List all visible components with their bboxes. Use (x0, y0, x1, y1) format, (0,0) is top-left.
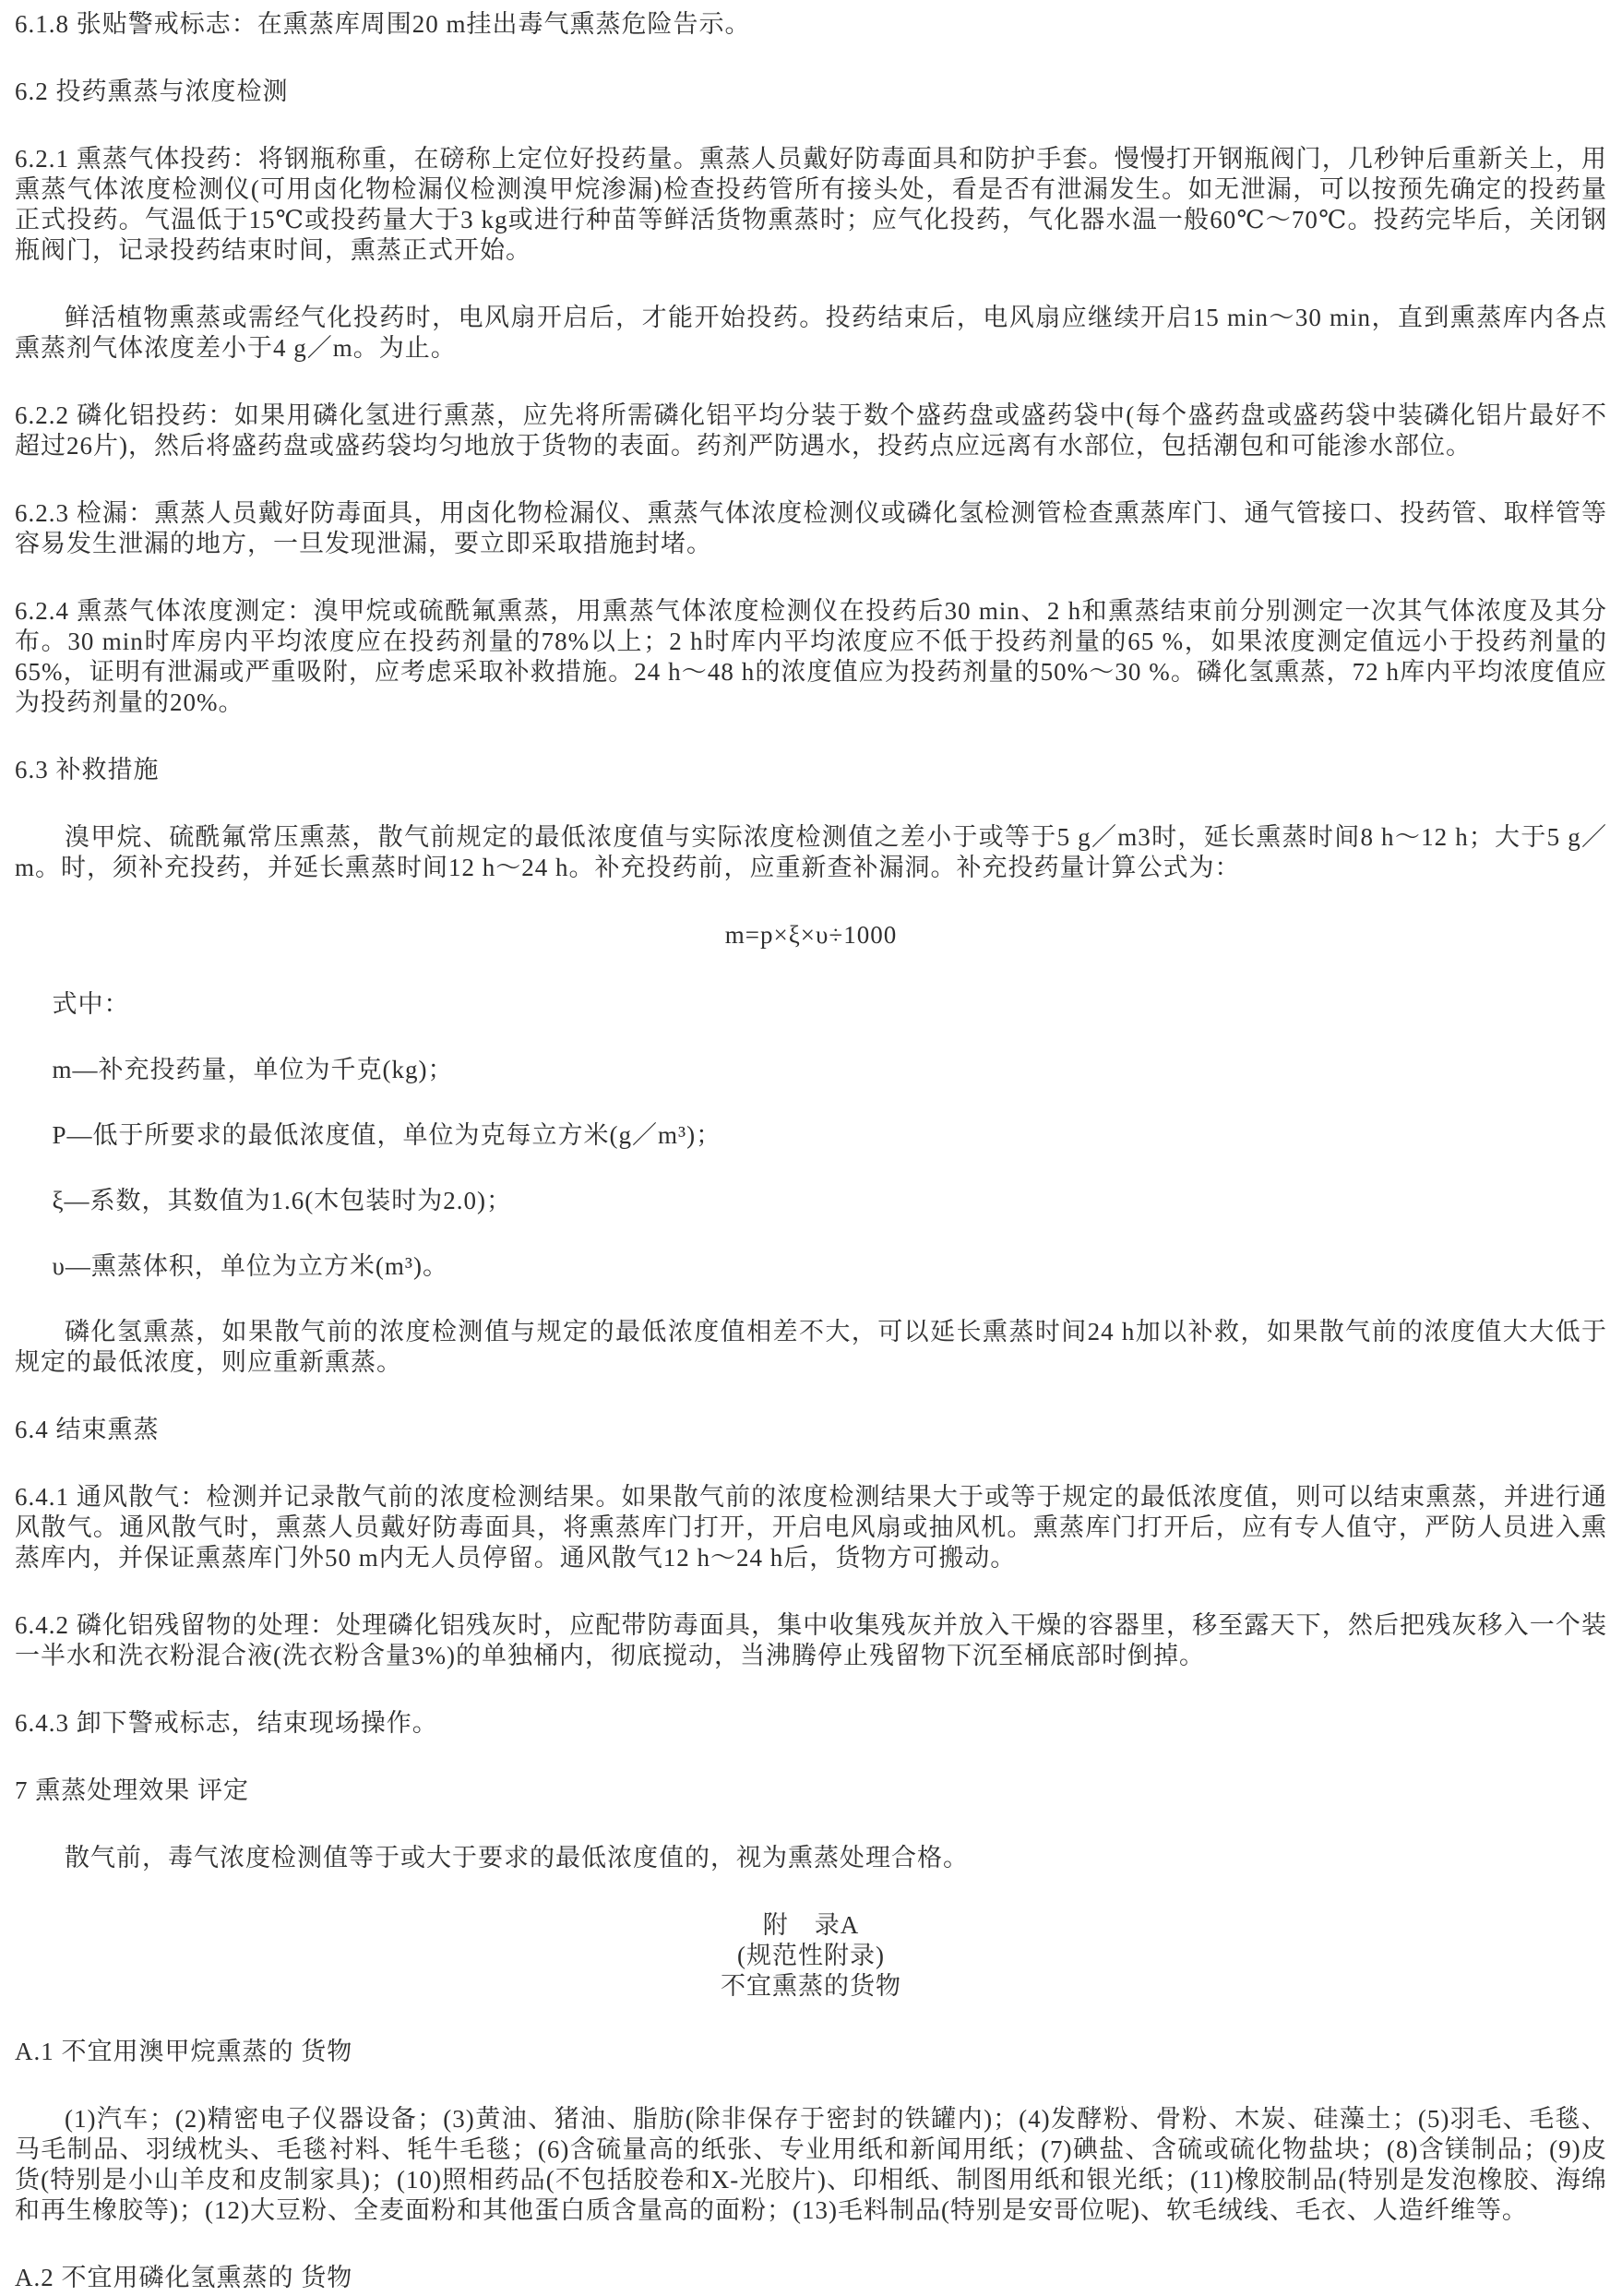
section-heading-6-3: 6.3 补救措施 (15, 755, 1607, 785)
standard-document-body: 6.1.8 张贴警戒标志：在熏蒸库周围20 m挂出毒气熏蒸危险告示。 6.2 投… (15, 9, 1607, 2293)
formula-intro: 式中： (53, 989, 1608, 1020)
definition-p: P—低于所要求的最低浓度值，单位为克每立方米(g／m³)； (53, 1120, 1608, 1151)
definition-v: υ—熏蒸体积，单位为立方米(m³)。 (53, 1251, 1608, 1282)
dosage-formula: m=p×ξ×υ÷1000 (15, 920, 1607, 951)
clause-6-2-1: 6.2.1 熏蒸气体投药：将钢瓶称重，在磅称上定位好投药量。熏蒸人员戴好防毒面具… (15, 144, 1607, 266)
para-methyl-bromide: 溴甲烷、硫酰氟常压熏蒸，散气前规定的最低浓度值与实际浓度检测值之差小于或等于5 … (15, 822, 1607, 883)
clause-6-4-3: 6.4.3 卸下警戒标志，结束现场操作。 (15, 1708, 1607, 1739)
clause-6-4-1: 6.4.1 通风散气：检测并记录散气前的浓度检测结果。如果散气前的浓度检测结果大… (15, 1482, 1607, 1573)
para-a1-goods-list: (1)汽车；(2)精密电子仪器设备；(3)黄油、猪油、脂肪(除非保存于密封的铁罐… (15, 2104, 1607, 2226)
section-heading-a-2: A.2 不宜用磷化氢熏蒸的 货物 (15, 2263, 1607, 2293)
section-heading-6-2: 6.2 投药熏蒸与浓度检测 (15, 77, 1607, 107)
clause-6-2-3: 6.2.3 检漏：熏蒸人员戴好防毒面具，用卤化物检漏仪、熏蒸气体浓度检测仪或磷化… (15, 498, 1607, 559)
section-heading-7: 7 熏蒸处理效果 评定 (15, 1776, 1607, 1806)
para-phosphine-remedy: 磷化氢熏蒸，如果散气前的浓度检测值与规定的最低浓度值相差不大，可以延长熏蒸时间2… (15, 1317, 1607, 1378)
clause-6-4-2: 6.4.2 磷化铝残留物的处理：处理磷化铝残灰时，应配带防毒面具，集中收集残灰并… (15, 1610, 1607, 1671)
section-heading-6-4: 6.4 结束熏蒸 (15, 1415, 1607, 1445)
appendix-subtitle: (规范性附录) (15, 1941, 1607, 1971)
clause-6-2-2: 6.2.2 磷化铝投药：如果用磷化氢进行熏蒸，应先将所需磷化铝平均分装于数个盛药… (15, 401, 1607, 461)
appendix-title: 附 录A (15, 1910, 1607, 1941)
clause-6-2-4: 6.2.4 熏蒸气体浓度测定：溴甲烷或硫酰氟熏蒸，用熏蒸气体浓度检测仪在投药后3… (15, 596, 1607, 718)
para-fresh-plants: 鲜活植物熏蒸或需经气化投药时，电风扇开启后，才能开始投药。投药结束后，电风扇应继… (15, 303, 1607, 364)
definition-m: m—补充投药量，单位为千克(kg)； (53, 1055, 1608, 1085)
para-qualification: 散气前，毒气浓度检测值等于或大于要求的最低浓度值的，视为熏蒸处理合格。 (15, 1843, 1607, 1873)
appendix-subject: 不宜熏蒸的货物 (15, 1971, 1607, 2002)
section-heading-a-1: A.1 不宜用澳甲烷熏蒸的 货物 (15, 2037, 1607, 2067)
definition-xi: ξ—系数，其数值为1.6(木包装时为2.0)； (53, 1186, 1608, 1216)
clause-6-1-8: 6.1.8 张贴警戒标志：在熏蒸库周围20 m挂出毒气熏蒸危险告示。 (15, 9, 1607, 40)
document-page: { "page": { "background": "#ffffff", "te… (0, 0, 1622, 2296)
